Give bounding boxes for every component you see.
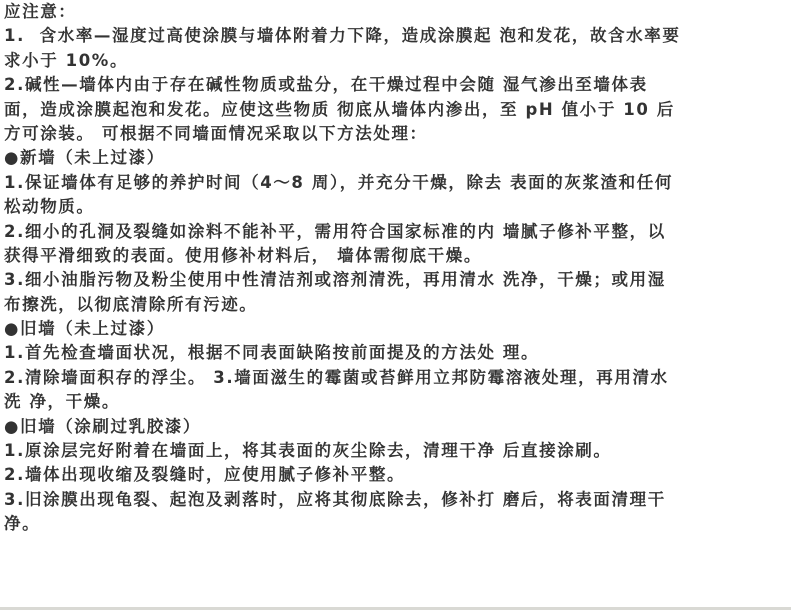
- paragraph-line: 3.旧涂膜出现龟裂、起泡及剥落时，应将其彻底除去，修补打 磨后，将表面清理干: [4, 488, 789, 512]
- section-heading-old-wall-latex: ●旧墙（涂刷过乳胶漆）: [4, 415, 789, 439]
- document-body: 应注意： 1. 含水率—湿度过高使涂膜与墙体附着力下降，造成涂膜起 泡和发花，故…: [4, 0, 789, 605]
- paragraph-line: 1.保证墙体有足够的养护时间（4～8 周），并充分干燥，除去 表面的灰浆渣和任何: [4, 171, 789, 195]
- paragraph-line: 1.原涂层完好附着在墙面上，将其表面的灰尘除去，清理干净 后直接涂刷。: [4, 439, 789, 463]
- paragraph-line: 获得平滑细致的表面。使用修补材料后， 墙体需彻底干燥。: [4, 244, 789, 268]
- paragraph-line: 2.清除墙面积存的浮尘。 3.墙面滋生的霉菌或苔鲜用立邦防霉溶液处理，再用清水: [4, 366, 789, 390]
- section-heading-new-wall: ●新墙（未上过漆）: [4, 146, 789, 170]
- paragraph-line: 面，造成涂膜起泡和发花。应使这些物质 彻底从墙体内渗出，至 pH 值小于 10 …: [4, 98, 789, 122]
- paragraph-line: 1.首先检查墙面状况，根据不同表面缺陷按前面提及的方法处 理。: [4, 341, 789, 365]
- paragraph-line: 方可涂装。 可根据不同墙面情况采取以下方法处理：: [4, 122, 789, 146]
- paragraph-line: 2.墙体出现收缩及裂缝时，应使用腻子修补平整。: [4, 463, 789, 487]
- section-heading-notes: 应注意：: [4, 0, 789, 24]
- paragraph-line: 洗 净，干燥。: [4, 390, 789, 414]
- paragraph-line: 2.细小的孔洞及裂缝如涂料不能补平，需用符合国家标准的内 墙腻子修补平整，以: [4, 220, 789, 244]
- paragraph-line: 3.细小油脂污物及粉尘使用中性清洁剂或溶剂清洗，再用清水 洗净，干燥；或用湿: [4, 268, 789, 292]
- paragraph-line: 2.碱性—墙体内由于存在碱性物质或盐分，在干燥过程中会随 湿气渗出至墙体表: [4, 73, 789, 97]
- paragraph-line: 松动物质。: [4, 195, 789, 219]
- section-heading-old-wall-unpainted: ●旧墙（未上过漆）: [4, 317, 789, 341]
- paragraph-line: 求小于 10%。: [4, 49, 789, 73]
- paragraph-line: 净。: [4, 512, 789, 536]
- paragraph-line: 1. 含水率—湿度过高使涂膜与墙体附着力下降，造成涂膜起 泡和发花，故含水率要: [4, 24, 789, 48]
- paragraph-line: 布擦洗，以彻底清除所有污迹。: [4, 293, 789, 317]
